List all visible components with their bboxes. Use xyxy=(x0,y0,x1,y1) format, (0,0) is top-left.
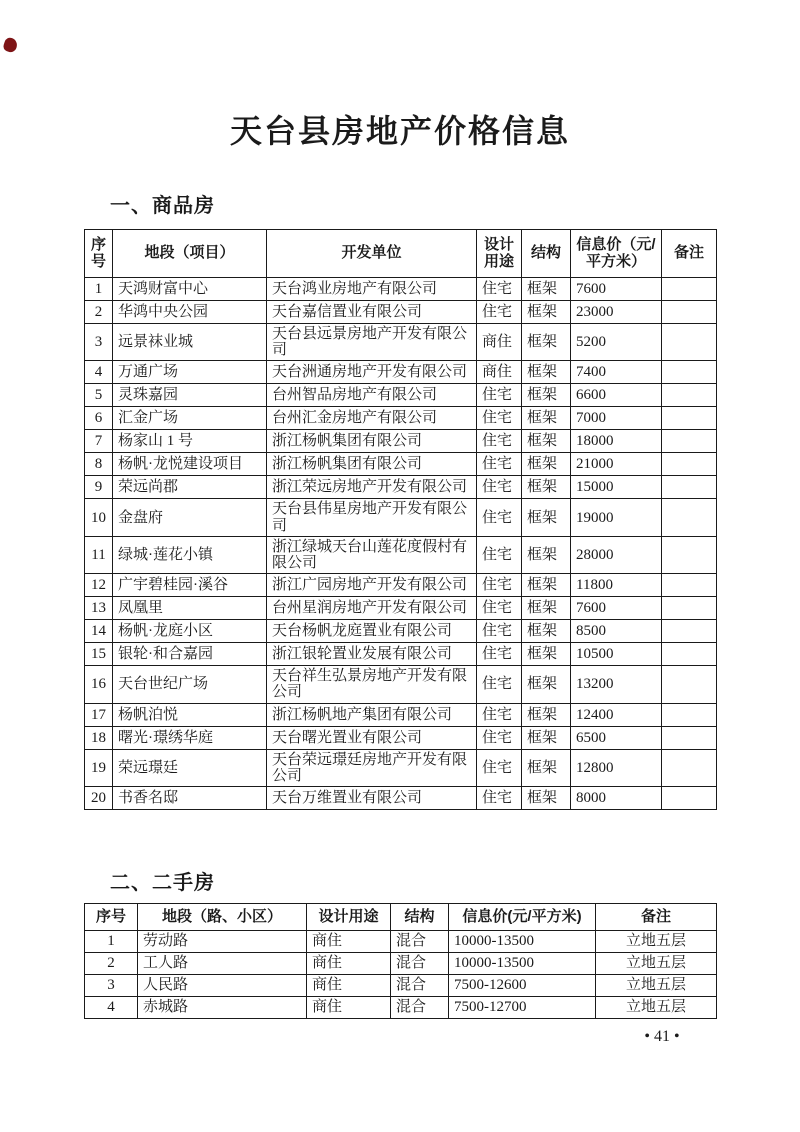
table-cell: 住宅 xyxy=(477,787,522,810)
table-cell: 人民路 xyxy=(138,974,307,996)
table-row: 1劳动路商住混合10000-13500立地五层 xyxy=(85,930,717,952)
table-cell: 12400 xyxy=(571,703,662,726)
table-row: 4万通广场天台洲通房地产开发有限公司商住框架7400 xyxy=(85,361,717,384)
table-cell: 天鸿财富中心 xyxy=(113,278,267,301)
table-cell: 商住 xyxy=(307,974,391,996)
section-heading-commercial-housing: 一、商品房 xyxy=(110,189,215,218)
table-cell: 6600 xyxy=(571,384,662,407)
table-cell: 2 xyxy=(85,952,138,974)
table-cell: 1 xyxy=(85,278,113,301)
table-cell: 住宅 xyxy=(477,384,522,407)
table-cell: 框架 xyxy=(522,787,571,810)
table-cell: 23000 xyxy=(571,301,662,324)
table-cell: 28000 xyxy=(571,536,662,573)
table-cell: 凤凰里 xyxy=(113,597,267,620)
table-cell: 12800 xyxy=(571,749,662,786)
table-row: 15银轮·和合嘉园浙江银轮置业发展有限公司住宅框架10500 xyxy=(85,643,717,666)
column-header: 信息价（元/平方米） xyxy=(571,230,662,278)
table-cell: 天台县远景房地产开发有限公司 xyxy=(267,324,477,361)
table-cell xyxy=(662,499,717,536)
column-header: 结构 xyxy=(522,230,571,278)
table-cell: 灵珠嘉园 xyxy=(113,384,267,407)
table-cell: 14 xyxy=(85,620,113,643)
table-header-row: 序号 地段（项目） 开发单位 设计用途 结构 信息价（元/平方米） 备注 xyxy=(85,230,717,278)
table-cell: 住宅 xyxy=(477,278,522,301)
table-cell: 浙江银轮置业发展有限公司 xyxy=(267,643,477,666)
table-cell: 4 xyxy=(85,361,113,384)
table-cell: 18 xyxy=(85,726,113,749)
table-cell: 框架 xyxy=(522,499,571,536)
table-cell: 天台曙光置业有限公司 xyxy=(267,726,477,749)
table-cell: 台州星润房地产开发有限公司 xyxy=(267,597,477,620)
table-row: 3远景袜业城天台县远景房地产开发有限公司商住框架5200 xyxy=(85,324,717,361)
table-cell: 5 xyxy=(85,384,113,407)
table-cell: 混合 xyxy=(391,996,449,1018)
table-cell: 19000 xyxy=(571,499,662,536)
table-cell: 11800 xyxy=(571,574,662,597)
table-row: 6汇金广场台州汇金房地产有限公司住宅框架7000 xyxy=(85,407,717,430)
table-cell: 住宅 xyxy=(477,453,522,476)
table-cell: 框架 xyxy=(522,726,571,749)
table-cell xyxy=(662,643,717,666)
table-row: 3人民路商住混合7500-12600立地五层 xyxy=(85,974,717,996)
table-cell: 天台祥生弘景房地产开发有限公司 xyxy=(267,666,477,703)
table-cell: 工人路 xyxy=(138,952,307,974)
table-cell: 7500-12700 xyxy=(449,996,596,1018)
table-cell: 立地五层 xyxy=(596,996,717,1018)
table-cell: 7600 xyxy=(571,278,662,301)
table-cell: 6 xyxy=(85,407,113,430)
table-cell: 7000 xyxy=(571,407,662,430)
column-header: 地段（路、小区） xyxy=(138,904,307,931)
table-cell: 5200 xyxy=(571,324,662,361)
table-row: 16天台世纪广场天台祥生弘景房地产开发有限公司住宅框架13200 xyxy=(85,666,717,703)
table-cell: 3 xyxy=(85,324,113,361)
table-cell: 10500 xyxy=(571,643,662,666)
table-cell: 书香名邸 xyxy=(113,787,267,810)
table-row: 1天鸿财富中心天台鸿业房地产有限公司住宅框架7600 xyxy=(85,278,717,301)
table-cell: 劳动路 xyxy=(138,930,307,952)
column-header: 序号 xyxy=(85,904,138,931)
table-cell: 天台荣远璟廷房地产开发有限公司 xyxy=(267,749,477,786)
table-cell: 杨家山 1 号 xyxy=(113,430,267,453)
table-cell: 住宅 xyxy=(477,620,522,643)
table-cell: 浙江荣远房地产开发有限公司 xyxy=(267,476,477,499)
table-row: 17杨帆泊悦浙江杨帆地产集团有限公司住宅框架12400 xyxy=(85,703,717,726)
column-header: 序号 xyxy=(85,230,113,278)
table-cell: 住宅 xyxy=(477,726,522,749)
table-cell: 住宅 xyxy=(477,476,522,499)
table-cell: 住宅 xyxy=(477,666,522,703)
table-cell: 天台鸿业房地产有限公司 xyxy=(267,278,477,301)
table-cell: 7500-12600 xyxy=(449,974,596,996)
table-cell: 框架 xyxy=(522,301,571,324)
table-cell xyxy=(662,384,717,407)
table-cell: 框架 xyxy=(522,597,571,620)
table-row: 7杨家山 1 号浙江杨帆集团有限公司住宅框架18000 xyxy=(85,430,717,453)
table-cell: 住宅 xyxy=(477,407,522,430)
table-row: 19荣远璟廷天台荣远璟廷房地产开发有限公司住宅框架12800 xyxy=(85,749,717,786)
table-row: 8杨帆·龙悦建设项目浙江杨帆集团有限公司住宅框架21000 xyxy=(85,453,717,476)
column-header: 信息价(元/平方米) xyxy=(449,904,596,931)
section-heading-secondhand-housing: 二、二手房 xyxy=(110,866,215,895)
table-cell: 立地五层 xyxy=(596,974,717,996)
table-cell xyxy=(662,666,717,703)
table-cell: 住宅 xyxy=(477,749,522,786)
table-cell: 框架 xyxy=(522,278,571,301)
table-cell: 21000 xyxy=(571,453,662,476)
table-cell xyxy=(662,301,717,324)
table-cell: 华鸿中央公园 xyxy=(113,301,267,324)
table-cell: 荣远尚郡 xyxy=(113,476,267,499)
table-cell xyxy=(662,574,717,597)
column-header: 设计用途 xyxy=(307,904,391,931)
table-cell: 9 xyxy=(85,476,113,499)
table-cell: 8 xyxy=(85,453,113,476)
table-row: 11绿城·莲花小镇浙江绿城天台山莲花度假村有限公司住宅框架28000 xyxy=(85,536,717,573)
table-cell xyxy=(662,453,717,476)
column-header: 开发单位 xyxy=(267,230,477,278)
table-cell xyxy=(662,536,717,573)
table-cell: 框架 xyxy=(522,361,571,384)
column-header: 地段（项目） xyxy=(113,230,267,278)
table-row: 4赤城路商住混合7500-12700立地五层 xyxy=(85,996,717,1018)
page-number: • 41 • xyxy=(600,1028,724,1046)
table-cell: 住宅 xyxy=(477,430,522,453)
table-cell: 框架 xyxy=(522,620,571,643)
table-cell: 荣远璟廷 xyxy=(113,749,267,786)
table-header-row: 序号 地段（路、小区） 设计用途 结构 信息价(元/平方米) 备注 xyxy=(85,904,717,931)
table-cell xyxy=(662,430,717,453)
commercial-housing-table: 序号 地段（项目） 开发单位 设计用途 结构 信息价（元/平方米） 备注 1天鸿… xyxy=(84,229,717,810)
table-cell: 混合 xyxy=(391,930,449,952)
table-cell: 11 xyxy=(85,536,113,573)
table-row: 2华鸿中央公园天台嘉信置业有限公司住宅框架23000 xyxy=(85,301,717,324)
table-cell xyxy=(662,749,717,786)
table-cell: 4 xyxy=(85,996,138,1018)
column-header: 备注 xyxy=(596,904,717,931)
table-cell: 浙江杨帆地产集团有限公司 xyxy=(267,703,477,726)
table-row: 9荣远尚郡浙江荣远房地产开发有限公司住宅框架15000 xyxy=(85,476,717,499)
table-cell: 天台世纪广场 xyxy=(113,666,267,703)
table-cell: 立地五层 xyxy=(596,952,717,974)
table-cell: 16 xyxy=(85,666,113,703)
table-cell: 住宅 xyxy=(477,703,522,726)
table-cell xyxy=(662,703,717,726)
table-cell: 住宅 xyxy=(477,536,522,573)
table-cell: 15 xyxy=(85,643,113,666)
table-cell: 7 xyxy=(85,430,113,453)
table-cell: 住宅 xyxy=(477,301,522,324)
table-cell: 杨帆泊悦 xyxy=(113,703,267,726)
column-header: 设计用途 xyxy=(477,230,522,278)
table-cell: 框架 xyxy=(522,430,571,453)
table-cell: 2 xyxy=(85,301,113,324)
table-cell: 7600 xyxy=(571,597,662,620)
table-cell xyxy=(662,407,717,430)
column-header: 结构 xyxy=(391,904,449,931)
red-ink-mark xyxy=(2,36,19,53)
table-body: 1天鸿财富中心天台鸿业房地产有限公司住宅框架76002华鸿中央公园天台嘉信置业有… xyxy=(85,278,717,810)
table-cell xyxy=(662,620,717,643)
table-cell: 框架 xyxy=(522,666,571,703)
table-cell: 框架 xyxy=(522,536,571,573)
table-cell: 8000 xyxy=(571,787,662,810)
table-cell: 框架 xyxy=(522,749,571,786)
table-cell: 15000 xyxy=(571,476,662,499)
table-cell xyxy=(662,278,717,301)
table-cell: 天台杨帆龙庭置业有限公司 xyxy=(267,620,477,643)
table-cell xyxy=(662,476,717,499)
table-cell: 万通广场 xyxy=(113,361,267,384)
table-cell: 台州智品房地产有限公司 xyxy=(267,384,477,407)
table-cell: 混合 xyxy=(391,974,449,996)
table-row: 14杨帆·龙庭小区天台杨帆龙庭置业有限公司住宅框架8500 xyxy=(85,620,717,643)
table-row: 5灵珠嘉园台州智品房地产有限公司住宅框架6600 xyxy=(85,384,717,407)
table-cell: 10000-13500 xyxy=(449,930,596,952)
table-cell: 商住 xyxy=(477,361,522,384)
table-cell: 杨帆·龙悦建设项目 xyxy=(113,453,267,476)
table-cell: 远景袜业城 xyxy=(113,324,267,361)
table-cell: 浙江广园房地产开发有限公司 xyxy=(267,574,477,597)
table-row: 2工人路商住混合10000-13500立地五层 xyxy=(85,952,717,974)
table-cell: 住宅 xyxy=(477,499,522,536)
table-row: 18曙光·璟绣华庭天台曙光置业有限公司住宅框架6500 xyxy=(85,726,717,749)
secondhand-housing-table: 序号 地段（路、小区） 设计用途 结构 信息价(元/平方米) 备注 1劳动路商住… xyxy=(84,903,717,1019)
table-cell: 框架 xyxy=(522,324,571,361)
table-cell: 商住 xyxy=(307,930,391,952)
table-cell: 金盘府 xyxy=(113,499,267,536)
table-cell: 浙江杨帆集团有限公司 xyxy=(267,453,477,476)
table-cell: 天台嘉信置业有限公司 xyxy=(267,301,477,324)
table-cell: 商住 xyxy=(307,952,391,974)
table-cell: 3 xyxy=(85,974,138,996)
table-cell: 17 xyxy=(85,703,113,726)
table-cell: 绿城·莲花小镇 xyxy=(113,536,267,573)
table-cell: 框架 xyxy=(522,476,571,499)
table-cell: 浙江绿城天台山莲花度假村有限公司 xyxy=(267,536,477,573)
table-cell: 框架 xyxy=(522,407,571,430)
table-row: 20书香名邸天台万维置业有限公司住宅框架8000 xyxy=(85,787,717,810)
table-cell: 台州汇金房地产有限公司 xyxy=(267,407,477,430)
table-cell: 天台洲通房地产开发有限公司 xyxy=(267,361,477,384)
table-cell xyxy=(662,787,717,810)
column-header: 备注 xyxy=(662,230,717,278)
table-cell: 13 xyxy=(85,597,113,620)
table-cell: 住宅 xyxy=(477,643,522,666)
table-cell: 商住 xyxy=(477,324,522,361)
table-cell: 18000 xyxy=(571,430,662,453)
table-cell: 13200 xyxy=(571,666,662,703)
table-cell: 框架 xyxy=(522,574,571,597)
table-cell: 天台县伟星房地产开发有限公司 xyxy=(267,499,477,536)
table-cell xyxy=(662,597,717,620)
table-cell: 1 xyxy=(85,930,138,952)
table-cell: 广宇碧桂园·溪谷 xyxy=(113,574,267,597)
table-cell: 天台万维置业有限公司 xyxy=(267,787,477,810)
table-cell: 10 xyxy=(85,499,113,536)
table-cell xyxy=(662,324,717,361)
table-cell: 6500 xyxy=(571,726,662,749)
table-cell: 框架 xyxy=(522,453,571,476)
table-cell: 7400 xyxy=(571,361,662,384)
table-cell xyxy=(662,726,717,749)
table-cell: 8500 xyxy=(571,620,662,643)
table-cell: 框架 xyxy=(522,643,571,666)
table-row: 13凤凰里台州星润房地产开发有限公司住宅框架7600 xyxy=(85,597,717,620)
table-cell: 赤城路 xyxy=(138,996,307,1018)
table-cell: 12 xyxy=(85,574,113,597)
table-cell: 框架 xyxy=(522,703,571,726)
table-cell: 住宅 xyxy=(477,597,522,620)
table-cell: 立地五层 xyxy=(596,930,717,952)
table-cell: 浙江杨帆集团有限公司 xyxy=(267,430,477,453)
table-cell: 19 xyxy=(85,749,113,786)
table-cell: 曙光·璟绣华庭 xyxy=(113,726,267,749)
table-body: 1劳动路商住混合10000-13500立地五层2工人路商住混合10000-135… xyxy=(85,930,717,1018)
table-cell: 银轮·和合嘉园 xyxy=(113,643,267,666)
table-cell: 20 xyxy=(85,787,113,810)
table-cell: 住宅 xyxy=(477,574,522,597)
table-cell: 框架 xyxy=(522,384,571,407)
table-cell xyxy=(662,361,717,384)
table-cell: 汇金广场 xyxy=(113,407,267,430)
page-title: 天台县房地产价格信息 xyxy=(0,106,800,152)
table-cell: 混合 xyxy=(391,952,449,974)
table-row: 10金盘府天台县伟星房地产开发有限公司住宅框架19000 xyxy=(85,499,717,536)
table-cell: 杨帆·龙庭小区 xyxy=(113,620,267,643)
table-row: 12广宇碧桂园·溪谷浙江广园房地产开发有限公司住宅框架11800 xyxy=(85,574,717,597)
table-cell: 10000-13500 xyxy=(449,952,596,974)
table-cell: 商住 xyxy=(307,996,391,1018)
document-page: 天台县房地产价格信息 一、商品房 序号 地段（项目） 开发单位 设计用途 结构 … xyxy=(0,0,800,1132)
